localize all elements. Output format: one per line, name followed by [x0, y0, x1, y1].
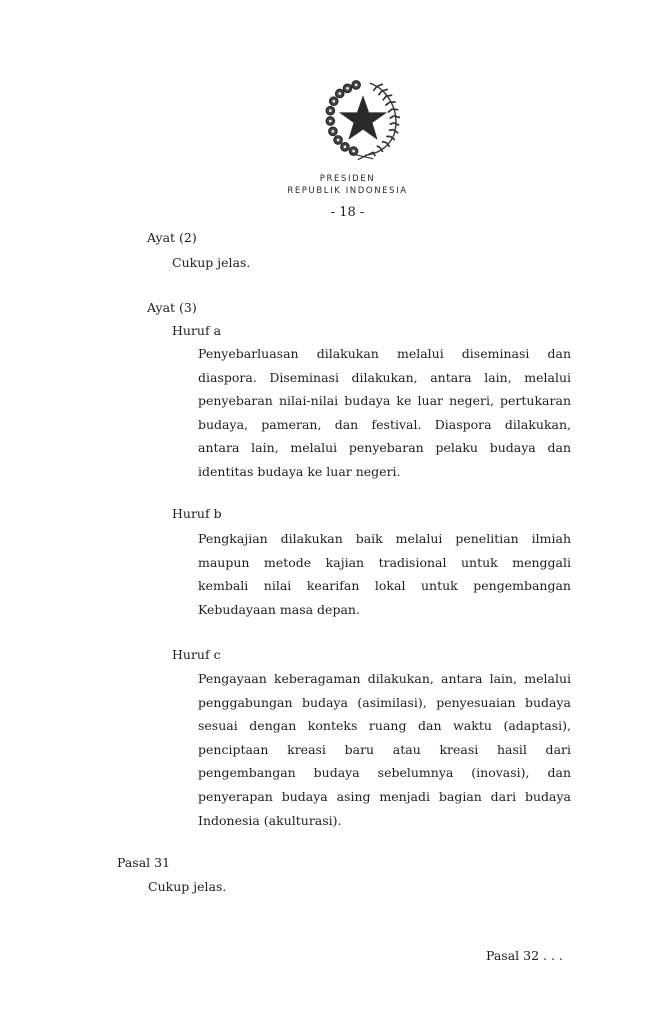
paragraph-line: Pengayaan keberagaman dilakukan, antara … [198, 667, 571, 691]
paragraph-line: antara lain, melalui penyebaran pelaku b… [198, 436, 571, 460]
next-page-reference: Pasal 32 . . . [486, 949, 563, 963]
ayat-3-label: Ayat (3) [147, 301, 197, 315]
paragraph-line: penyerapan budaya asing menjadi bagian d… [198, 785, 571, 809]
paragraph-line: Kebudayaan masa depan. [198, 598, 571, 622]
ayat-2-text: Cukup jelas. [172, 256, 250, 270]
paragraph-line: pengembangan budaya sebelumnya (inovasi)… [198, 761, 571, 785]
huruf-b-paragraph: Pengkajian dilakukan baik melalui peneli… [198, 527, 571, 621]
paragraph-line: Indonesia (akulturasi). [198, 809, 571, 833]
paragraph-line: budaya, pameran, dan festival. Diaspora … [198, 413, 571, 437]
huruf-c-paragraph: Pengayaan keberagaman dilakukan, antara … [198, 667, 571, 832]
paragraph-line: kembali nilai kearifan lokal untuk penge… [198, 574, 571, 598]
paragraph-line: penciptaan kreasi baru atau kreasi hasil… [198, 738, 571, 762]
header-presiden: PRESIDEN [0, 174, 663, 184]
huruf-c-label: Huruf c [172, 648, 221, 662]
pasal-31-label: Pasal 31 [117, 856, 170, 870]
paragraph-line: identitas budaya ke luar negeri. [198, 460, 571, 484]
huruf-a-paragraph: Penyebarluasan dilakukan melalui disemin… [198, 342, 571, 484]
paragraph-line: penggabungan budaya (asimilasi), penyesu… [198, 691, 571, 715]
paragraph-line: sesuai dengan konteks ruang dan waktu (a… [198, 714, 571, 738]
header-republik-indonesia: REPUBLIK INDONESIA [0, 186, 663, 196]
paragraph-line: maupun metode kajian tradisional untuk m… [198, 551, 571, 575]
garuda-star-emblem-icon [320, 78, 406, 164]
pasal-31-text: Cukup jelas. [148, 880, 226, 894]
paragraph-line: Penyebarluasan dilakukan melalui disemin… [198, 342, 571, 366]
huruf-b-label: Huruf b [172, 507, 222, 521]
document-page: PRESIDEN REPUBLIK INDONESIA - 18 - Ayat … [0, 0, 663, 1024]
page-number: - 18 - [0, 205, 663, 220]
paragraph-line: diaspora. Diseminasi dilakukan, antara l… [198, 366, 571, 390]
paragraph-line: Pengkajian dilakukan baik melalui peneli… [198, 527, 571, 551]
ayat-2-label: Ayat (2) [147, 231, 197, 245]
huruf-a-label: Huruf a [172, 324, 221, 338]
paragraph-line: penyebaran nilai-nilai budaya ke luar ne… [198, 389, 571, 413]
